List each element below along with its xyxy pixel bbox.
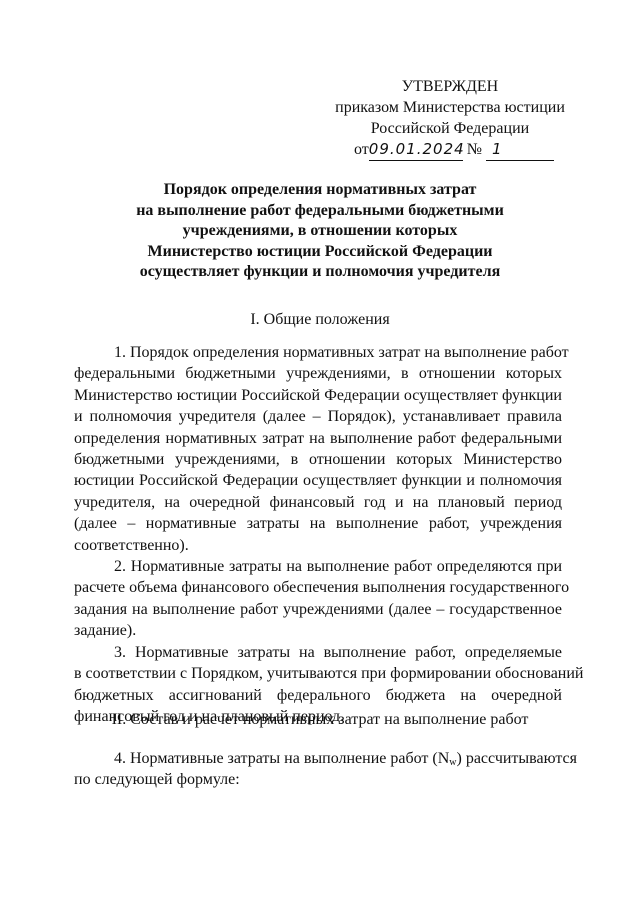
approval-heading: УТВЕРЖДЕН	[330, 76, 570, 97]
paragraph-4: 4. Нормативные затраты на выполнение раб…	[74, 748, 562, 791]
paragraph-line: задание).	[74, 620, 562, 641]
paragraph-line: расчете объема финансового обеспечения в…	[74, 577, 562, 598]
paragraph-line: (далее – нормативные затраты на выполнен…	[74, 513, 562, 534]
paragraph-line: соответственно).	[74, 535, 562, 556]
paragraph-line: федеральными бюджетными учреждениями, в …	[74, 363, 562, 384]
approval-line-2: Российской Федерации	[330, 118, 570, 139]
paragraph-line: 4. Нормативные затраты на выполнение раб…	[74, 748, 562, 769]
handwritten-date: 09.01.2024	[369, 139, 463, 161]
title-line: на выполнение работ федеральными бюджетн…	[120, 201, 520, 222]
title-line: учреждениями, в отношении которых	[120, 221, 520, 242]
paragraph-1: 1. Порядок определения нормативных затра…	[74, 342, 562, 556]
section-heading-1: I. Общие положения	[70, 310, 570, 330]
handwritten-number: 1	[486, 139, 554, 161]
document-page: УТВЕРЖДЕН приказом Министерства юстиции …	[0, 0, 640, 905]
number-label: №	[467, 141, 482, 158]
subscript-w: w	[449, 757, 456, 768]
approval-stamp: УТВЕРЖДЕН приказом Министерства юстиции …	[330, 76, 570, 161]
paragraph-line: Министерство юстиции Российской Федераци…	[74, 385, 562, 406]
paragraph-line: учредителя, на очередной финансовый год …	[74, 492, 562, 513]
paragraph-2: 2. Нормативные затраты на выполнение раб…	[74, 556, 562, 642]
approval-date-line: от09.01.2024 № 1	[330, 139, 570, 161]
paragraph-line: юстиции Российской Федерации осуществляе…	[74, 470, 562, 491]
paragraph-line: в соответствии с Порядком, учитываются п…	[74, 663, 562, 684]
paragraph-line: бюджетными учреждениями, в отношении кот…	[74, 449, 562, 470]
paragraph-line: 3. Нормативные затраты на выполнение раб…	[74, 642, 562, 663]
paragraph-line: 1. Порядок определения нормативных затра…	[74, 342, 562, 363]
formula-intro-text-end: ) рассчитываются	[457, 750, 578, 767]
paragraph-line: бюджетных ассигнований федерального бюдж…	[74, 685, 562, 706]
title-line: Порядок определения нормативных затрат	[120, 180, 520, 201]
paragraph-line: и полномочия учредителя (далее – Порядок…	[74, 406, 562, 427]
approval-line-1: приказом Министерства юстиции	[330, 97, 570, 118]
document-title: Порядок определения нормативных затрат н…	[120, 180, 520, 283]
formula-intro-text: 4. Нормативные затраты на выполнение раб…	[114, 750, 449, 767]
paragraph-line: задания на выполнение работ учреждениями…	[74, 599, 562, 620]
paragraph-line: определения нормативных затрат на выполн…	[74, 428, 562, 449]
title-line: осуществляет функции и полномочия учреди…	[120, 262, 520, 283]
paragraph-line: по следующей формуле:	[74, 769, 562, 790]
section-heading-2: II. Состав и расчет нормативных затрат н…	[70, 710, 570, 730]
paragraph-line: 2. Нормативные затраты на выполнение раб…	[74, 556, 562, 577]
date-prefix: от	[354, 141, 369, 158]
title-line: Министерство юстиции Российской Федераци…	[120, 242, 520, 263]
